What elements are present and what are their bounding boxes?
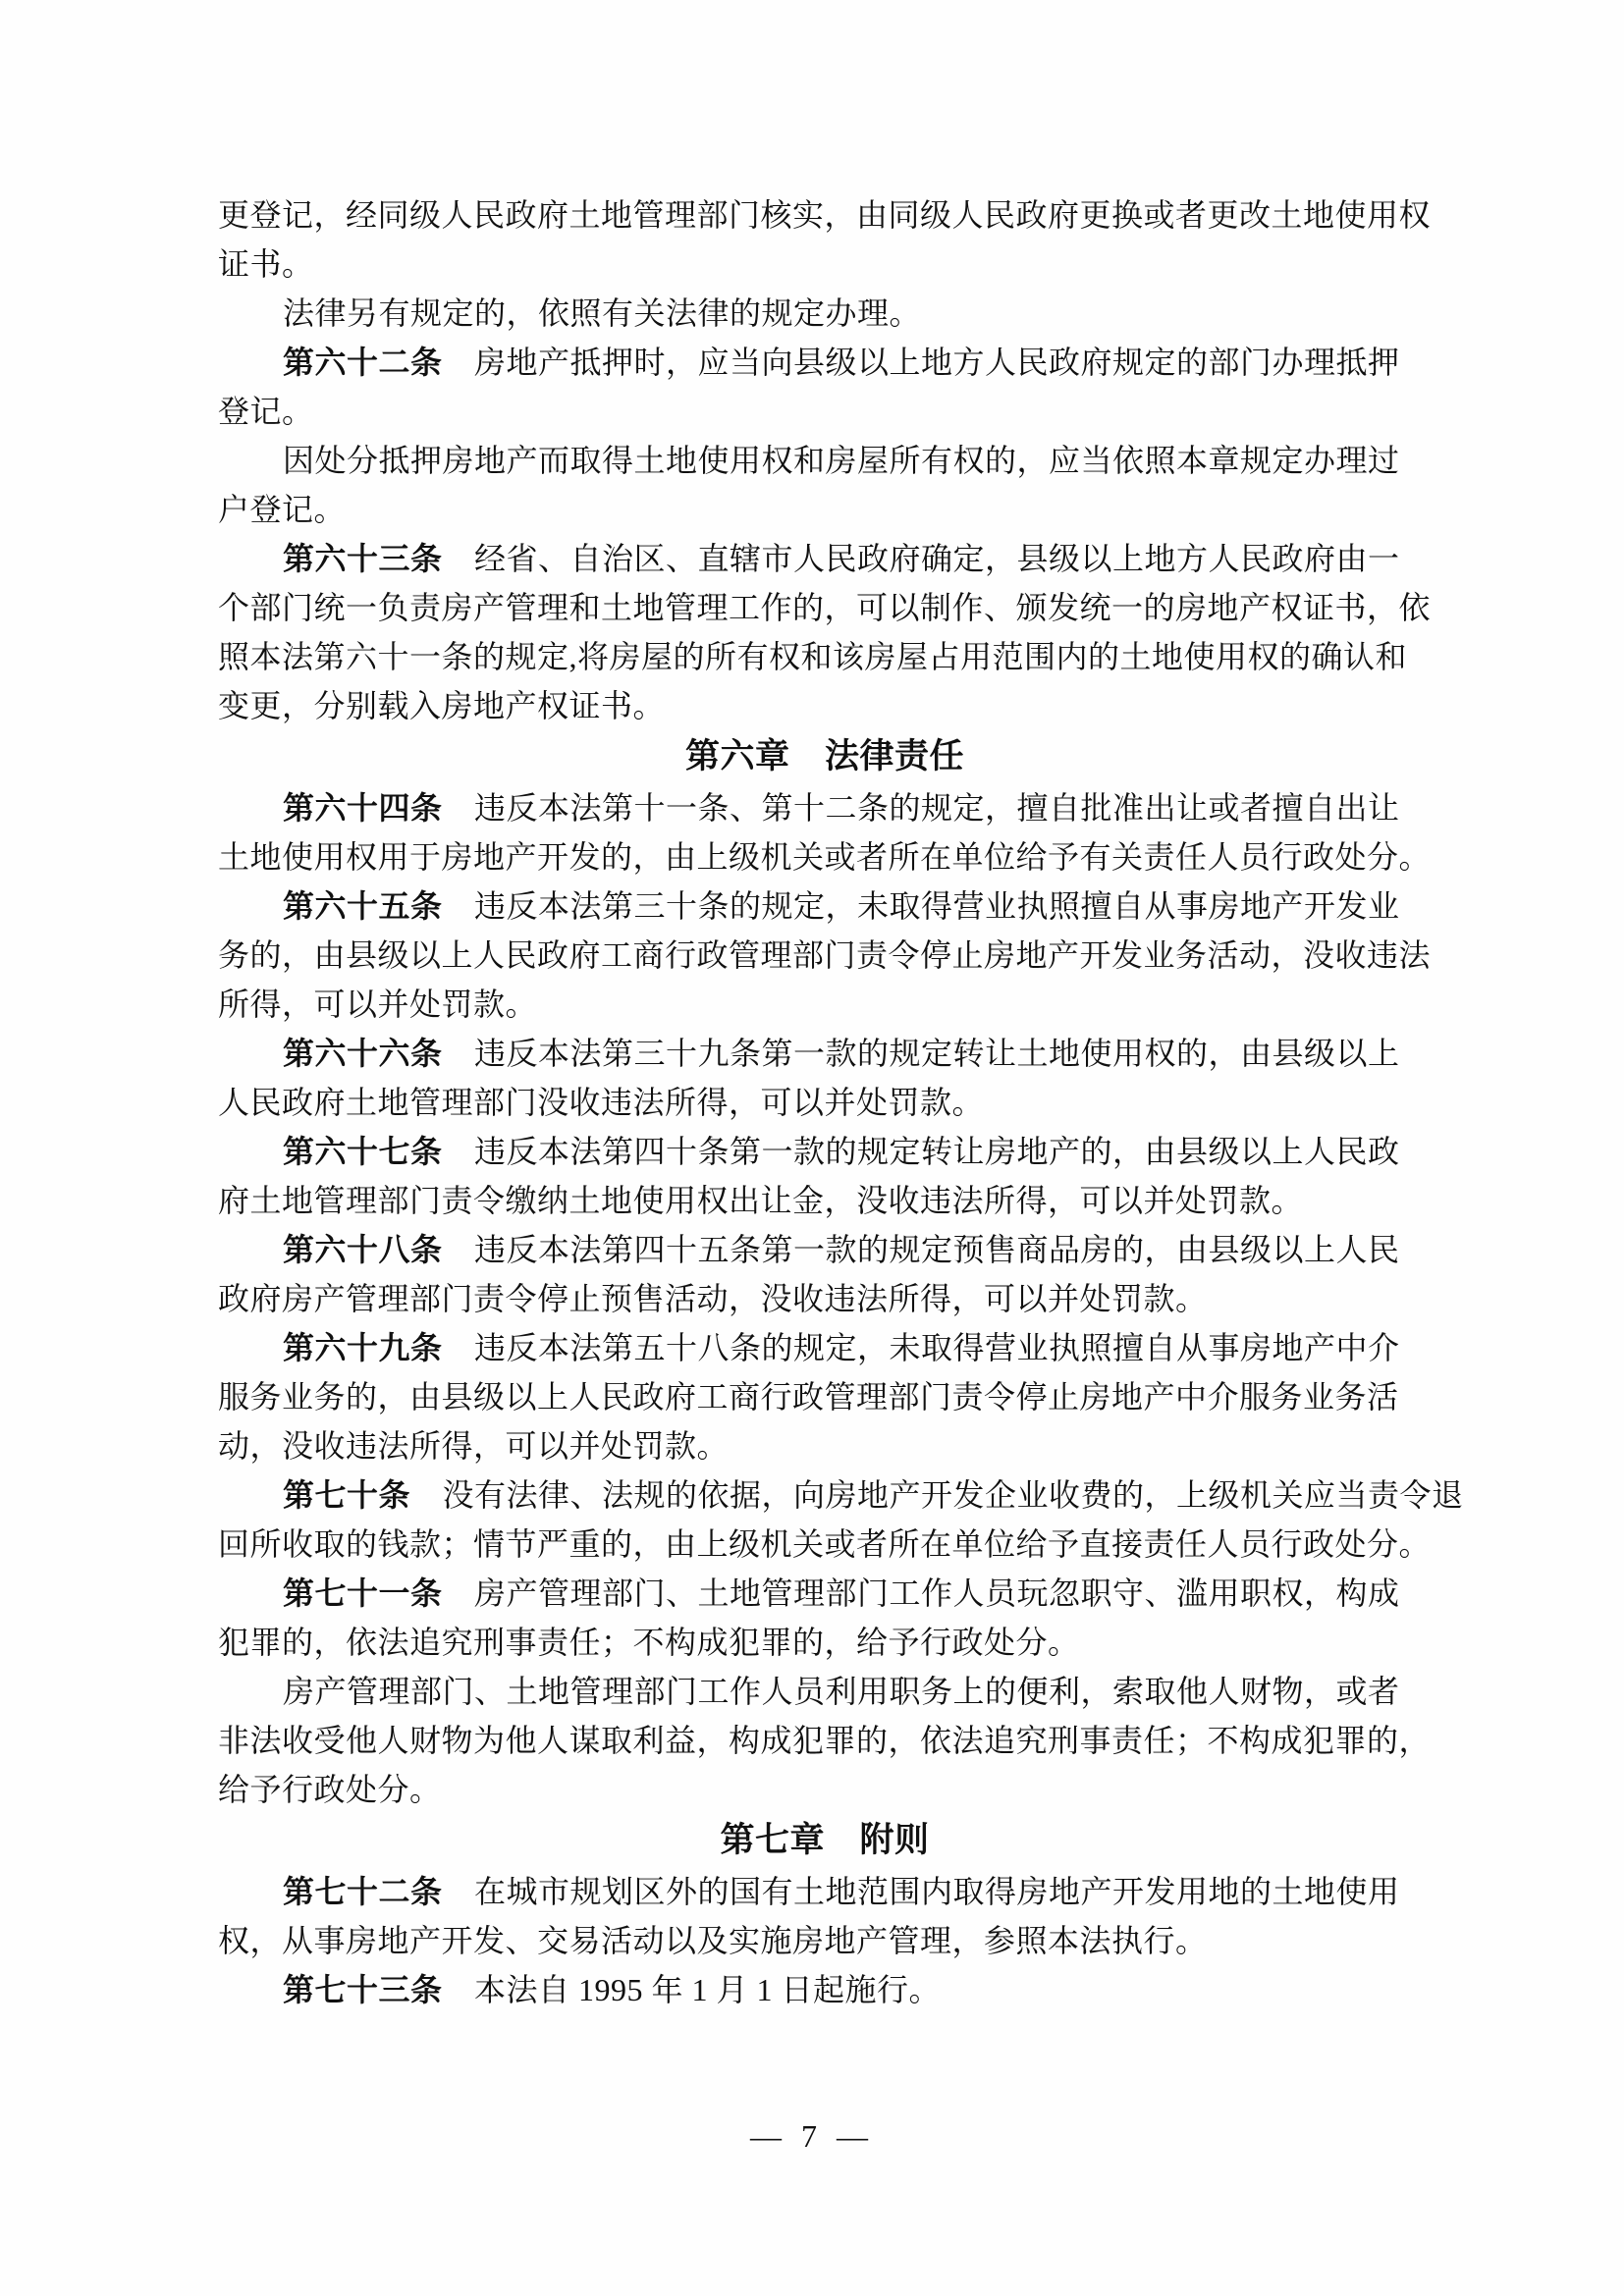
text-line: 第七十二条 在城市规划区外的国有土地范围内取得房地产开发用地的土地使用 (218, 1867, 1432, 1916)
article-number: 第六十三条 (283, 541, 443, 576)
text-line: 政府房产管理部门责令停止预售活动，没收违法所得，可以并处罚款。 (218, 1274, 1432, 1323)
line-text: 法律另有规定的，依照有关法律的规定办理。 (283, 295, 921, 331)
article-number: 第六十五条 (283, 888, 443, 924)
line-text: 违反本法第十一条、第十二条的规定，擅自批准出让或者擅自出让 (443, 790, 1400, 826)
text-line: 第六十七条 违反本法第四十条第一款的规定转让房地产的，由县级以上人民政 (218, 1127, 1432, 1176)
article-number: 第七十条 (283, 1477, 410, 1513)
chapter-heading: 第六章 法律责任 (218, 732, 1432, 781)
text-line: 服务业务的，由县级以上人民政府工商行政管理部门责令停止房地产中介服务业务活 (218, 1372, 1432, 1421)
text-line: 第六十二条 房地产抵押时，应当向县级以上地方人民政府规定的部门办理抵押 (218, 338, 1432, 387)
text-line: 户登记。 (218, 485, 1432, 534)
text-line: 第六十五条 违反本法第三十条的规定，未取得营业执照擅自从事房地产开发业 (218, 881, 1432, 931)
line-text: 政府房产管理部门责令停止预售活动，没收违法所得，可以并处罚款。 (218, 1281, 1208, 1316)
document-body: 更登记，经同级人民政府土地管理部门核实，由同级人民政府更换或者更改土地使用权证书… (218, 190, 1432, 2014)
text-line: 人民政府土地管理部门没收违法所得，可以并处罚款。 (218, 1078, 1432, 1127)
document-page: 更登记，经同级人民政府土地管理部门核实，由同级人民政府更换或者更改土地使用权证书… (0, 0, 1624, 2296)
line-text: 违反本法第四十五条第一款的规定预售商品房的，由县级以上人民 (443, 1232, 1400, 1267)
line-text: 照本法第六十一条的规定,将房屋的所有权和该房屋占用范围内的土地使用权的确认和 (218, 639, 1407, 674)
article-number: 第六章 法律责任 (685, 737, 964, 775)
line-text: 经省、自治区、直辖市人民政府确定，县级以上地方人民政府由一 (443, 541, 1400, 576)
text-line: 第六十九条 违反本法第五十八条的规定，未取得营业执照擅自从事房地产中介 (218, 1323, 1432, 1372)
line-text: 变更，分别载入房地产权证书。 (218, 688, 665, 723)
text-line: 第六十四条 违反本法第十一条、第十二条的规定，擅自批准出让或者擅自出让 (218, 783, 1432, 832)
line-text: 给予行政处分。 (218, 1772, 442, 1807)
article-number: 第六十四条 (283, 790, 443, 826)
line-text: 个部门统一负责房产管理和土地管理工作的，可以制作、颁发统一的房地产权证书，依 (218, 590, 1431, 625)
line-text: 犯罪的，依法追究刑事责任；不构成犯罪的，给予行政处分。 (218, 1625, 1080, 1660)
article-number: 第六十七条 (283, 1134, 443, 1169)
text-line: 登记。 (218, 387, 1432, 436)
article-number: 第七章 附则 (720, 1821, 929, 1859)
text-line: 所得，可以并处罚款。 (218, 980, 1432, 1029)
text-line: 第七十三条 本法自 1995 年 1 月 1 日起施行。 (218, 1965, 1432, 2014)
text-line: 更登记，经同级人民政府土地管理部门核实，由同级人民政府更换或者更改土地使用权 (218, 190, 1432, 240)
text-line: 土地使用权用于房地产开发的，由上级机关或者所在单位给予有关责任人员行政处分。 (218, 832, 1432, 881)
line-text: 违反本法第四十条第一款的规定转让房地产的，由县级以上人民政 (443, 1134, 1400, 1169)
line-text: 户登记。 (218, 492, 346, 527)
line-text: 所得，可以并处罚款。 (218, 987, 537, 1022)
page-footer: — 7 — (0, 2118, 1624, 2155)
line-text: 在城市规划区外的国有土地范围内取得房地产开发用地的土地使用 (443, 1874, 1400, 1909)
text-line: 第六十六条 违反本法第三十九条第一款的规定转让土地使用权的，由县级以上 (218, 1029, 1432, 1078)
article-number: 第六十六条 (283, 1036, 443, 1071)
line-text: 动，没收违法所得，可以并处罚款。 (218, 1428, 729, 1464)
text-line: 照本法第六十一条的规定,将房屋的所有权和该房屋占用范围内的土地使用权的确认和 (218, 632, 1432, 681)
line-text: 违反本法第三十条的规定，未取得营业执照擅自从事房地产开发业 (443, 888, 1400, 924)
text-line: 证书。 (218, 240, 1432, 289)
text-line: 犯罪的，依法追究刑事责任；不构成犯罪的，给予行政处分。 (218, 1618, 1432, 1667)
line-text: 更登记，经同级人民政府土地管理部门核实，由同级人民政府更换或者更改土地使用权 (218, 197, 1431, 233)
line-text: 回所收取的钱款；情节严重的，由上级机关或者所在单位给予直接责任人员行政处分。 (218, 1526, 1431, 1562)
text-line: 第七十一条 房产管理部门、土地管理部门工作人员玩忽职守、滥用职权，构成 (218, 1569, 1432, 1618)
text-line: 法律另有规定的，依照有关法律的规定办理。 (218, 289, 1432, 338)
page-number: — 7 — (750, 2118, 874, 2154)
text-line: 非法收受他人财物为他人谋取利益，构成犯罪的，依法追究刑事责任；不构成犯罪的， (218, 1716, 1432, 1765)
line-text: 证书。 (218, 246, 314, 282)
line-text: 本法自 1995 年 1 月 1 日起施行。 (443, 1972, 942, 2007)
text-line: 权，从事房地产开发、交易活动以及实施房地产管理，参照本法执行。 (218, 1916, 1432, 1965)
line-text: 府土地管理部门责令缴纳土地使用权出让金，没收违法所得，可以并处罚款。 (218, 1183, 1303, 1218)
line-text: 权，从事房地产开发、交易活动以及实施房地产管理，参照本法执行。 (218, 1923, 1208, 1958)
text-line: 房产管理部门、土地管理部门工作人员利用职务上的便利，索取他人财物，或者 (218, 1667, 1432, 1716)
text-line: 府土地管理部门责令缴纳土地使用权出让金，没收违法所得，可以并处罚款。 (218, 1176, 1432, 1225)
article-number: 第七十三条 (283, 1972, 443, 2007)
line-text: 务的，由县级以上人民政府工商行政管理部门责令停止房地产开发业务活动，没收违法 (218, 937, 1431, 973)
text-line: 变更，分别载入房地产权证书。 (218, 681, 1432, 730)
article-number: 第六十九条 (283, 1330, 443, 1365)
text-line: 因处分抵押房地产而取得土地使用权和房屋所有权的，应当依照本章规定办理过 (218, 436, 1432, 485)
text-line: 务的，由县级以上人民政府工商行政管理部门责令停止房地产开发业务活动，没收违法 (218, 931, 1432, 980)
line-text: 房地产抵押时，应当向县级以上地方人民政府规定的部门办理抵押 (443, 345, 1400, 380)
text-line: 个部门统一负责房产管理和土地管理工作的，可以制作、颁发统一的房地产权证书，依 (218, 583, 1432, 632)
article-number: 第六十八条 (283, 1232, 443, 1267)
article-number: 第七十一条 (283, 1575, 443, 1611)
text-line: 第六十八条 违反本法第四十五条第一款的规定预售商品房的，由县级以上人民 (218, 1225, 1432, 1274)
line-text: 土地使用权用于房地产开发的，由上级机关或者所在单位给予有关责任人员行政处分。 (218, 839, 1431, 875)
line-text: 登记。 (218, 394, 314, 429)
article-number: 第六十二条 (283, 345, 443, 380)
text-line: 第六十三条 经省、自治区、直辖市人民政府确定，县级以上地方人民政府由一 (218, 534, 1432, 583)
line-text: 服务业务的，由县级以上人民政府工商行政管理部门责令停止房地产中介服务业务活 (218, 1379, 1399, 1415)
line-text: 因处分抵押房地产而取得土地使用权和房屋所有权的，应当依照本章规定办理过 (283, 443, 1400, 478)
text-line: 动，没收违法所得，可以并处罚款。 (218, 1421, 1432, 1470)
text-line: 第七十条 没有法律、法规的依据，向房地产开发企业收费的，上级机关应当责令退 (218, 1470, 1432, 1520)
text-line: 回所收取的钱款；情节严重的，由上级机关或者所在单位给予直接责任人员行政处分。 (218, 1520, 1432, 1569)
article-number: 第七十二条 (283, 1874, 443, 1909)
line-text: 违反本法第五十八条的规定，未取得营业执照擅自从事房地产中介 (443, 1330, 1400, 1365)
line-text: 房产管理部门、土地管理部门工作人员玩忽职守、滥用职权，构成 (443, 1575, 1400, 1611)
line-text: 非法收受他人财物为他人谋取利益，构成犯罪的，依法追究刑事责任；不构成犯罪的， (218, 1723, 1431, 1758)
chapter-heading: 第七章 附则 (218, 1816, 1432, 1865)
line-text: 房产管理部门、土地管理部门工作人员利用职务上的便利，索取他人财物，或者 (283, 1674, 1400, 1709)
text-line: 给予行政处分。 (218, 1765, 1432, 1814)
line-text: 违反本法第三十九条第一款的规定转让土地使用权的，由县级以上 (443, 1036, 1400, 1071)
line-text: 没有法律、法规的依据，向房地产开发企业收费的，上级机关应当责令退 (410, 1477, 1464, 1513)
line-text: 人民政府土地管理部门没收违法所得，可以并处罚款。 (218, 1085, 984, 1120)
